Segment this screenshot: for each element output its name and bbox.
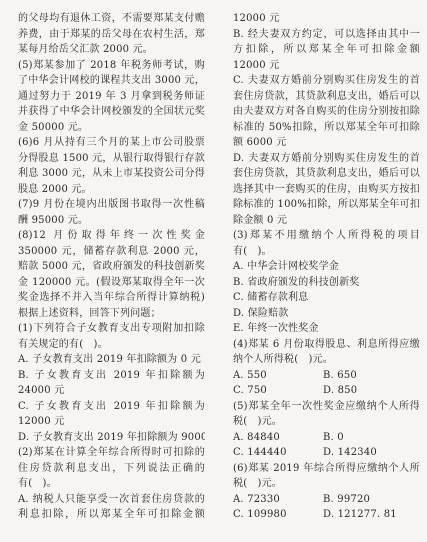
text-line: A. 纳税人只能享受一次首套住房贷款的 xyxy=(18,492,205,508)
answer-option-pair: C. 144440D. 142340 xyxy=(233,445,420,461)
text-line: 除金额 0 元 xyxy=(233,213,420,229)
text-line: A. 子女教育支出 2019 年扣除额为 0 元 xyxy=(18,352,205,368)
text-line: 由夫妻双方对各自购买的住房分别按扣除 xyxy=(233,104,420,120)
scanned-document-page: 的父母均有退休工资，不需要郑某支付赡养费，由于郑某的岳父母在农村生活，郑某每月给… xyxy=(0,0,427,542)
text-line: 有关规定的有( )。 xyxy=(18,337,205,353)
text-line: 金 120000 元。(假设郑某取得全年一次性 xyxy=(18,275,205,291)
text-line: (8)12 月份取得年终一次性奖金 xyxy=(18,228,205,244)
text-line: 除标准的 100%扣除，所以郑某全年可扣 xyxy=(233,197,420,213)
text-line: 方扣除，所以郑某全年可扣除金额 xyxy=(233,42,420,58)
text-line: 350000 元，储蓄存款利息 2000 元，保险 xyxy=(18,244,205,260)
text-line: (4)郑某 6 月份取得股息、利息所得应缴 xyxy=(233,337,420,353)
left-text-column: 的父母均有退休工资，不需要郑某支付赡养费，由于郑某的岳父母在农村生活，郑某每月给… xyxy=(18,11,205,542)
text-line: 有( )。 xyxy=(18,476,205,492)
text-line: (5)郑某参加了 2018 年税务师考试，购买 xyxy=(18,58,205,74)
answer-option: C. 144440 xyxy=(233,445,323,461)
text-line: C. 子女教育支出 2019 年扣除额为 xyxy=(18,399,205,415)
text-line: 根据上述资料，回答下列问题； xyxy=(18,306,205,322)
text-line: D. 夫妻双方婚前分别购买住房发生的首 xyxy=(233,151,420,167)
text-line: 12000 元 xyxy=(233,58,420,74)
text-line: C. 储蓄存款利息 xyxy=(233,290,420,306)
text-line: (6)6 月从持有三个月的某上市公司股票 xyxy=(18,135,205,151)
text-line: 利息扣除，所以郑某全年可扣除金额 xyxy=(18,507,205,523)
answer-option: C. 109980 xyxy=(233,507,323,523)
answer-option: A. 84840 xyxy=(233,430,323,446)
text-line: 通过努力于 2019 年 3 月拿到税务师证书， xyxy=(18,89,205,105)
text-line: C. 夫妻双方婚前分别购买住房发生的首 xyxy=(233,73,420,89)
text-line: 奖金选择不并入当年综合所得计算纳税) xyxy=(18,290,205,306)
text-line: 套住房贷款，其贷款利息支出，婚后可以 xyxy=(233,89,420,105)
text-line: 某每月给岳父汇款 2000 元。 xyxy=(18,42,205,58)
text-line: 赔款 5000 元，省政府颁发的科技创新奖 xyxy=(18,259,205,275)
text-line: 住房贷款利息支出，下列说法正确的 xyxy=(18,461,205,477)
text-line: 金 50000 元。 xyxy=(18,120,205,136)
text-line: (1)下列符合子女教育支出专项附加扣除 xyxy=(18,321,205,337)
text-line: D. 子女教育支出 2019 年扣除额为 9000 元 xyxy=(18,430,205,446)
answer-option-pair: C. 109980D. 121277. 81 xyxy=(233,507,420,523)
text-line: 的父母均有退休工资，不需要郑某支付赡 xyxy=(18,11,205,27)
text-line: 有( )。 xyxy=(233,244,420,260)
answer-option: A. 550 xyxy=(233,368,323,384)
text-line: (5)郑某全年一次性奖金应缴纳个人所得 xyxy=(233,399,420,415)
text-line: (6)郑某 2019 年综合所得应缴纳个人所得 xyxy=(233,461,420,477)
text-line: D. 保险赔款 xyxy=(233,306,420,322)
text-line: 标准的 50%扣除，所以郑某全年可扣除金 xyxy=(233,120,420,136)
text-line: 额 6000 元 xyxy=(233,135,420,151)
text-line: E. 年终一次性奖金 xyxy=(233,321,420,337)
text-line: 分得股息 1500 元，从银行取得银行存款 xyxy=(18,151,205,167)
text-line: (2)郑某在计算全年综合所得时可扣除的 xyxy=(18,445,205,461)
answer-option-pair: A. 84840B. 0 xyxy=(233,430,420,446)
answer-option: B. 650 xyxy=(323,368,420,384)
answer-option: D. 850 xyxy=(323,383,420,399)
answer-option-pair: C. 750D. 850 xyxy=(233,383,420,399)
text-line: 12000 元 xyxy=(18,414,205,430)
text-line: 了中华会计网校的课程共支出 3000 元， xyxy=(18,73,205,89)
text-line: 12000 元 xyxy=(233,11,420,27)
answer-option-pair: A. 550B. 650 xyxy=(233,368,420,384)
text-line: 选择其中一套购买的住房，由购买方按扣 xyxy=(233,182,420,198)
answer-option: D. 142340 xyxy=(323,445,420,461)
answer-option: A. 72330 xyxy=(233,492,323,508)
text-line: (7)9 月份在境内出版图书取得一次性稿 xyxy=(18,197,205,213)
answer-option-pair: A. 72330B. 99720 xyxy=(233,492,420,508)
text-line: (3)郑某不用缴纳个人所得税的项目 xyxy=(233,228,420,244)
text-line: B. 子女教育支出 2019 年扣除额为 xyxy=(18,368,205,384)
text-line: B. 省政府颁发的科技创新奖 xyxy=(233,275,420,291)
answer-option: C. 750 xyxy=(233,383,323,399)
text-line: 套住房贷款，其贷款利息支出，婚后可以 xyxy=(233,166,420,182)
text-line: 并获得了中华会计网校颁发的全国状元奖 xyxy=(18,104,205,120)
text-line: A. 中华会计网校奖学金 xyxy=(233,259,420,275)
answer-option: D. 121277. 81 xyxy=(323,507,420,523)
right-text-column: 12000 元B. 经夫妻双方约定，可以选择由其中一方扣除，所以郑某全年可扣除金… xyxy=(233,11,420,542)
text-line: 股息 2000 元。 xyxy=(18,182,205,198)
text-line: 24000 元 xyxy=(18,383,205,399)
answer-option: B. 99720 xyxy=(323,492,420,508)
text-line: 利息 3000 元，从未上市某投资公司分得 xyxy=(18,166,205,182)
text-line: 酬 95000 元。 xyxy=(18,213,205,229)
text-line: 税( )元。 xyxy=(233,476,420,492)
text-line: 税( )元。 xyxy=(233,414,420,430)
answer-option: B. 0 xyxy=(323,430,420,446)
text-line: B. 经夫妻双方约定，可以选择由其中一 xyxy=(233,27,420,43)
text-line: 纳个人所得税( )元。 xyxy=(233,352,420,368)
text-line: 养费，由于郑某的岳父母在农村生活，郑 xyxy=(18,27,205,43)
